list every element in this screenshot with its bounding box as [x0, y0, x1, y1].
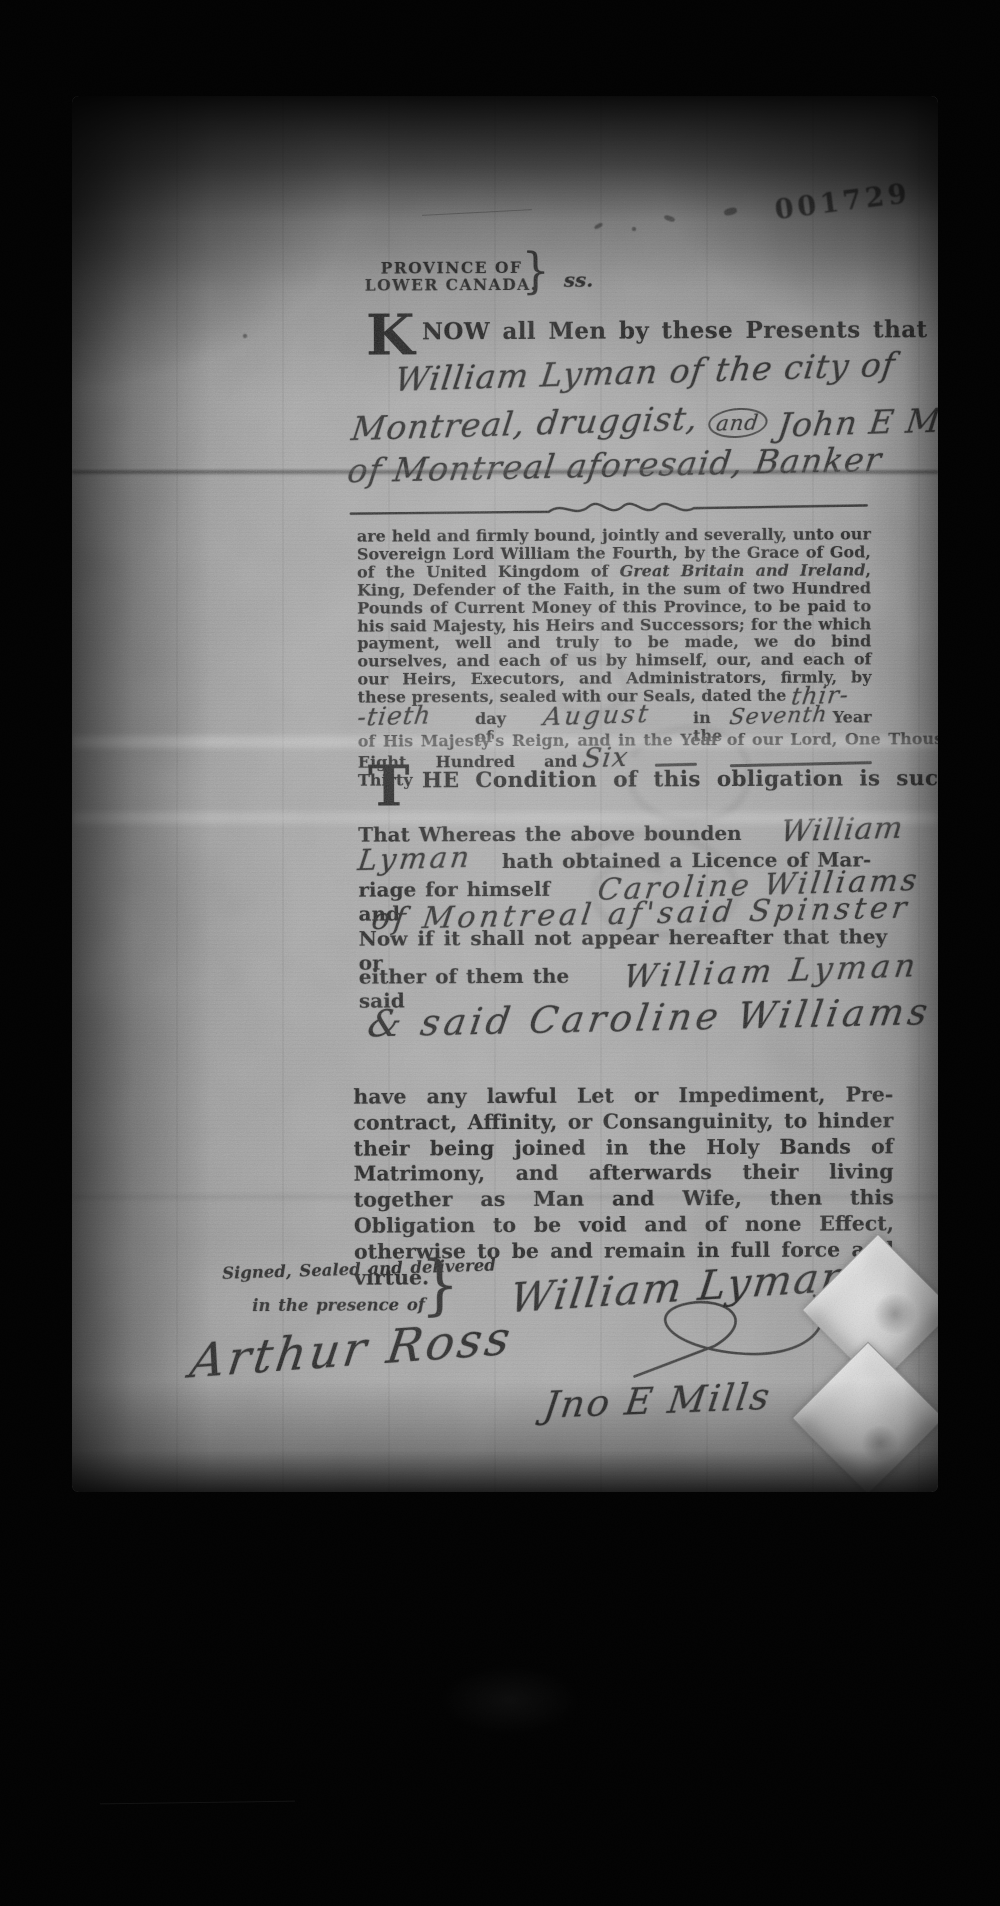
whereas-row1-handwritten: William — [779, 811, 906, 850]
bond-text-italic: Great Britain and Ireland — [620, 560, 866, 580]
bond-day-prefix-handwritten: thir- — [792, 695, 850, 697]
attestation-line2: in the presence of — [252, 1295, 425, 1315]
paper-seal-blot — [872, 1294, 918, 1334]
province-line2: LOWER CANADA. — [365, 276, 538, 294]
jurat-mark: ss. — [564, 268, 594, 292]
handwritten-party-line1: William Lyman of the city of — [393, 345, 898, 399]
ink-speck — [243, 334, 247, 338]
bond-year-handwritten: Six — [582, 749, 630, 768]
whereas-row4: of Montreal af'said Spinster — [358, 895, 918, 926]
paper-seal-blot — [860, 1426, 900, 1460]
ink-speck — [632, 227, 636, 231]
background-scratch — [100, 1801, 295, 1805]
document-content: 001729 PROVINCE OF LOWER CANADA. } ss. K… — [72, 96, 938, 1492]
bond-day-handwritten: -tieth — [356, 706, 432, 726]
header-brace: } — [522, 243, 550, 299]
document-paper: 001729 PROVINCE OF LOWER CANADA. } ss. K… — [72, 96, 938, 1492]
handwritten-party-line2: Montreal, druggist, and John E Mills — [352, 402, 938, 444]
bond-regnal-post: Year — [833, 708, 872, 726]
signature-flourish — [574, 1291, 844, 1382]
province-header: PROVINCE OF LOWER CANADA. — [365, 259, 538, 294]
scanned-document-page: 001729 PROVINCE OF LOWER CANADA. } ss. K… — [0, 0, 1000, 1906]
party-line2-post: John E Mills — [776, 399, 938, 445]
bond-date-row: -tieth day of August in the Seventh Year — [358, 705, 872, 732]
whereas-row6: either of them the said William Lyman — [359, 951, 919, 983]
stamp-number: 001729 — [773, 178, 913, 226]
handwritten-party-line3: of Montreal aforesaid, Banker — [345, 440, 884, 491]
whereas-row1: That Whereas the above bounden William — [358, 812, 918, 841]
whereas-row2-handwritten: Lyman — [356, 840, 474, 877]
party-signature-2: Jno E Mills — [541, 1375, 774, 1427]
ink-dash — [655, 763, 697, 766]
condition-heading: HE Condition of this obligation is such, — [422, 766, 938, 793]
condition-dropcap: T — [368, 758, 410, 814]
flourish-rule — [349, 493, 869, 521]
opening-line: NOW all Men by these Presents that we — [422, 316, 938, 345]
bond-paragraph: are held and firmly bound, jointly and s… — [357, 525, 872, 774]
party-line2-circled-word: and — [707, 407, 770, 439]
background-smudge — [440, 1665, 580, 1735]
attestation-brace: } — [420, 1246, 460, 1323]
witness-signature: Arthur Ross — [187, 1311, 517, 1389]
whereas-clause: That Whereas the above bounden William L… — [358, 812, 919, 1053]
bond-month-handwritten: August — [543, 705, 653, 726]
bond-regnal-handwritten: Seventh — [729, 706, 829, 727]
whereas-row7-handwritten: & said Caroline Williams — [365, 990, 935, 1045]
opening-dropcap: K — [366, 307, 415, 363]
party-line2-pre: Montreal, druggist, — [349, 399, 701, 449]
province-line1: PROVINCE OF — [365, 259, 538, 277]
